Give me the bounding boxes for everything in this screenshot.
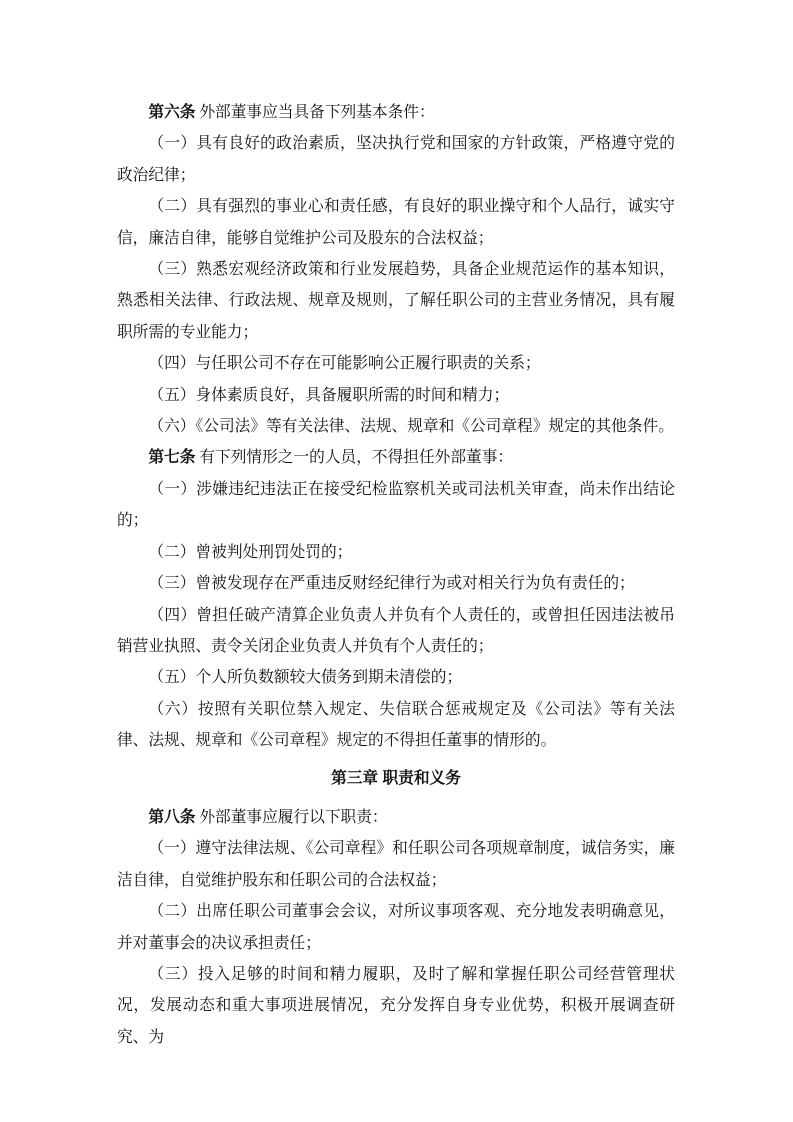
document-body: 第六条 外部董事应当具备下列基本条件：（一）具有良好的政治素质，坚决执行党和国家…: [117, 97, 675, 1053]
paragraph: （二）具有强烈的事业心和责任感，有良好的职业操守和个人品行，诚实守信，廉洁自律，…: [117, 191, 675, 254]
paragraph: 第六条 外部董事应当具备下列基本条件：: [117, 97, 675, 128]
paragraph: 第八条 外部董事应履行以下职责：: [117, 802, 675, 833]
paragraph: （一）遵守法律法规、《公司章程》和任职公司各项规章制度，诚信务实，廉洁自律，自觉…: [117, 833, 675, 896]
article-number: 第六条: [148, 104, 195, 121]
paragraph: （六）《公司法》等有关法律、法规、规章和《公司章程》规定的其他条件。: [117, 411, 675, 442]
chapter-heading: 第三章 职责和义务: [117, 763, 675, 794]
paragraph: （五）身体素质良好，具备履职所需的时间和精力；: [117, 380, 675, 411]
paragraph: （三）熟悉宏观经济政策和行业发展趋势，具备企业规范运作的基本知识，熟悉相关法律、…: [117, 254, 675, 348]
article-number: 第八条: [148, 809, 195, 826]
article-number: 第七条: [148, 449, 195, 466]
paragraph: （二）出席任职公司董事会会议，对所议事项客观、充分地发表明确意见，并对董事会的决…: [117, 896, 675, 959]
document-page: 第六条 外部董事应当具备下列基本条件：（一）具有良好的政治素质，坚决执行党和国家…: [0, 0, 793, 1122]
paragraph: （一）具有良好的政治素质，坚决执行党和国家的方针政策，严格遵守党的政治纪律；: [117, 128, 675, 191]
paragraph: （五）个人所负数额较大债务到期未清偿的；: [117, 662, 675, 693]
paragraph: （二）曾被判处刑罚处罚的；: [117, 537, 675, 568]
paragraph: 第七条 有下列情形之一的人员，不得担任外部董事：: [117, 442, 675, 473]
paragraph: （四）曾担任破产清算企业负责人并负有个人责任的，或曾担任因违法被吊销营业执照、责…: [117, 600, 675, 663]
paragraph: （一）涉嫌违纪违法正在接受纪检监察机关或司法机关审查，尚未作出结论的；: [117, 474, 675, 537]
paragraph: （六）按照有关职位禁入规定、失信联合惩戒规定及《公司法》等有关法律、法规、规章和…: [117, 694, 675, 757]
paragraph: （四）与任职公司不存在可能影响公正履行职责的关系；: [117, 348, 675, 379]
paragraph: （三）曾被发现存在严重违反财经纪律行为或对相关行为负有责任的；: [117, 568, 675, 599]
paragraph: （三）投入足够的时间和精力履职，及时了解和掌握任职公司经营管理状况，发展动态和重…: [117, 959, 675, 1053]
